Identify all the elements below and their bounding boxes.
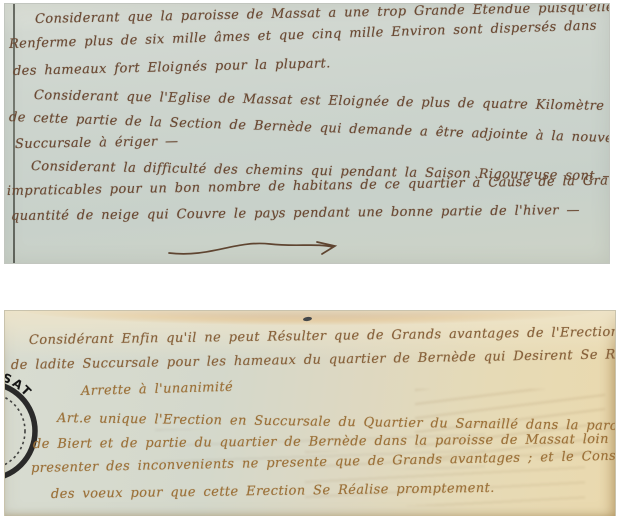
- flourish-swoosh: [165, 236, 345, 260]
- manuscript-line: presenter des inconvenients ne presente …: [31, 447, 616, 476]
- manuscript-line: Succursale à ériger —: [15, 134, 179, 152]
- scan-page-2: SAT Considérant Enfin qu'il ne peut Résu…: [4, 310, 616, 516]
- manuscript-line: de ladite Succursale pour les hameaux du…: [11, 347, 616, 373]
- manuscript-line: des voeux pour que cette Erection Se Réa…: [51, 481, 495, 502]
- manuscript-line: Considerant que l'Eglise de Massat est E…: [34, 88, 610, 114]
- manuscript-line: de Biert et de partie du quartier de Ber…: [33, 432, 616, 452]
- scan-page-1: Considerant que la paroisse de Massat a …: [4, 3, 610, 264]
- manuscript-line: Art.e unique l'Erection en Succursale du…: [57, 411, 616, 434]
- manuscript-line: quantité de neige qui Couvre le pays pen…: [11, 203, 580, 224]
- screenshot-root: { "scan1": { "paper_color": "#ccd4cd", "…: [0, 0, 618, 516]
- manuscript-line: Arrette à l'unanimité: [81, 380, 234, 399]
- manuscript-line: Considérant Enfin qu'il ne peut Résulter…: [29, 324, 616, 348]
- manuscript-line: des hameaux fort Eloignés pour la plupar…: [13, 56, 331, 79]
